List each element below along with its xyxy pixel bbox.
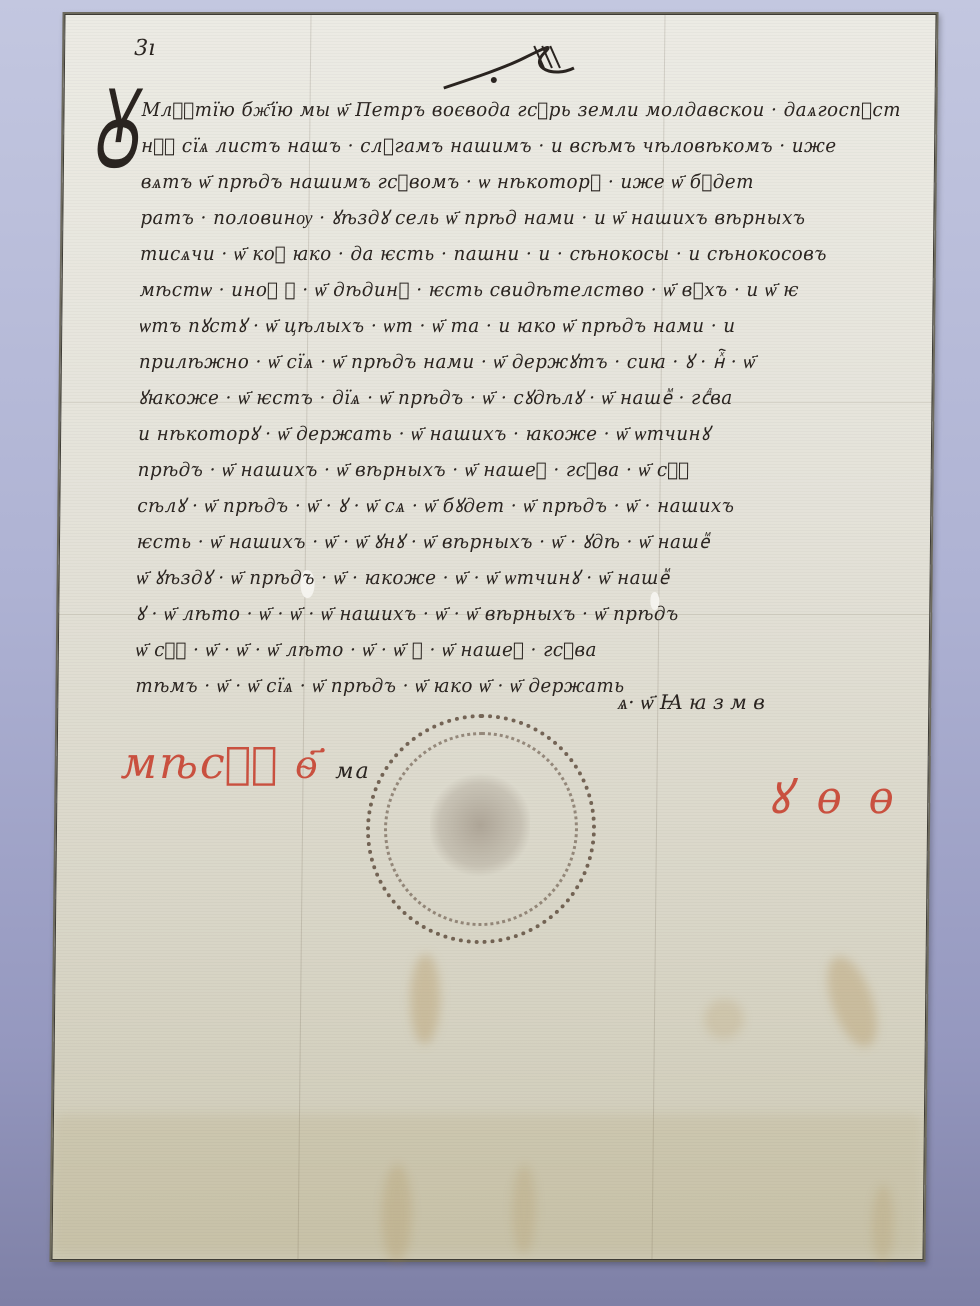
- manuscript-paper: 3ı Ꙋ Млⷭ҇тїю бж҃їю мы ѡ҃ Петръ воєвода г…: [49, 12, 938, 1262]
- text-line: ѡтъ пꙋстꙋ · ѡ҃ цѣлыхъ · ѡт · ѡ҃ та · и ꙗ…: [139, 308, 898, 344]
- red-date-subscript: ма: [335, 759, 371, 784]
- lower-discoloration: [52, 1114, 923, 1254]
- text-line: тѣмъ · ѡ҃ · ѡ҃ сїѧ · ѡ҃ прѣдъ · ѡ҃ ꙗко ѡ…: [135, 668, 894, 704]
- text-line: Млⷭ҇тїю бж҃їю мы ѡ҃ Петръ воєвода гсⷣрь …: [141, 92, 900, 128]
- text-line: тисѧчи · ѡ҃ коⷨ ꙗко · да ѥсть · пашни · …: [140, 236, 899, 272]
- text-line: ѡ҃ ꙋѣздꙋ · ѡ҃ прѣдъ · ѡ҃ · ꙗкоже · ѡ҃ · …: [136, 560, 895, 596]
- red-date-text: мѣсⷭ҇ ѳ҃: [120, 738, 319, 789]
- text-line: ѥсть · ѡ҃ нашихъ · ѡ҃ · ѡ҃ ꙋнꙋ · ѡ҃ вѣрн…: [137, 524, 896, 560]
- text-line: прѣдъ · ѡ҃ нашихъ · ѡ҃ вѣрныхъ · ѡ҃ наше…: [138, 452, 897, 488]
- charter-text-body: Млⷭ҇тїю бж҃їю мы ѡ҃ Петръ воєвода гсⷣрь …: [135, 92, 931, 704]
- text-line: ѡ҃ сⷭ҇ · ѡ҃ · ѡ҃ · ѡ҃ лѣто · ѡ҃ · ѡ҃ ꙋ ·…: [136, 632, 895, 668]
- decorated-initial: Ꙋ: [91, 74, 139, 184]
- text-line: вѧтъ ѡ҃ прѣдъ нашимъ гсⷣвомъ · ѡ нѣкотор…: [141, 164, 900, 200]
- water-stain: [704, 999, 744, 1039]
- text-line: и нѣкоторꙋ · ѡ҃ держать · ѡ҃ нашихъ · ꙗк…: [138, 416, 897, 452]
- folio-number: 3ı: [134, 36, 155, 61]
- water-stain: [410, 954, 441, 1044]
- red-signature-right: ꙋ ѳ ѳ: [768, 774, 900, 820]
- text-line: прилѣжно · ѡ҃ сїѧ · ѡ҃ прѣдъ нами · ѡ҃ д…: [139, 344, 898, 380]
- water-stain: [818, 950, 887, 1053]
- text-line: мѣстѡ · иноⷨ ꙋ · ѡ҃ дѣдинꙋ · ѥсть свидѣт…: [139, 272, 898, 308]
- ink-seal: [365, 714, 597, 944]
- text-line: сѣлꙋ · ѡ҃ прѣдъ · ѡ҃ · ꙋ · ѡ҃ сѧ · ѡ҃ бꙋ…: [137, 488, 896, 524]
- text-line: ꙋꙗкоже · ѡ҃ ѥстъ · дїѧ · ѡ҃ прѣдъ · ѡ҃ ·…: [138, 380, 897, 416]
- text-line: нⷭ҇ сїѧ листъ нашъ · слꙋгамъ нашимъ · и …: [141, 128, 900, 164]
- text-line: ратъ · половинѹ · ꙋѣздꙋ сель ѡ҃ прѣд нам…: [140, 200, 899, 236]
- invocation-flourish-icon: [434, 38, 585, 98]
- red-date-signature-left: мѣсⷭ҇ ѳ҃ ма: [120, 742, 371, 786]
- seal-emblem-icon: [429, 770, 530, 880]
- dating-clause: ѧ· ѡ҃ Ꙗ ꙗ з м в: [617, 690, 765, 715]
- text-line: ꙋ · ѡ҃ лѣто · ѡ҃ · ѡ҃ · ѡ҃ нашихъ · ѡ҃ ·…: [136, 596, 895, 632]
